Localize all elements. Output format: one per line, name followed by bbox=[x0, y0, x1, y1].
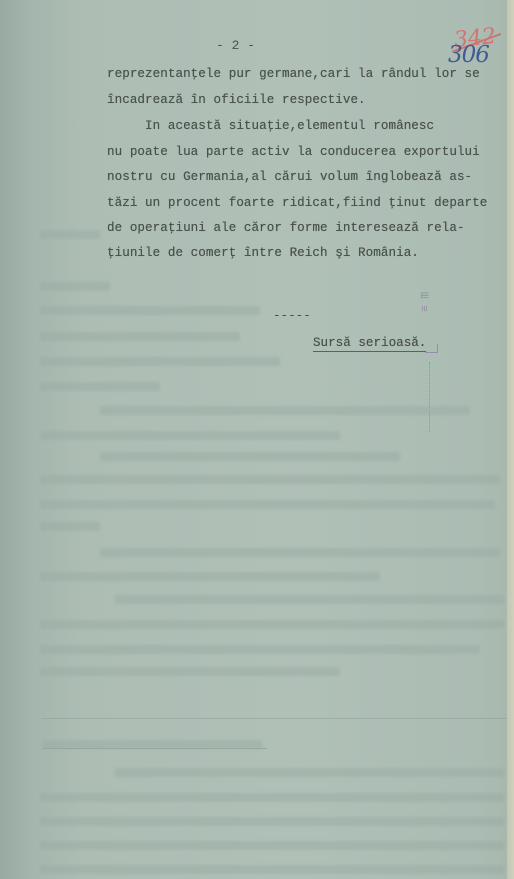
text-line-5: nostru cu Germania,al cărui volum înglob… bbox=[107, 170, 472, 184]
handwritten-blue-folio-number: 306 bbox=[448, 42, 489, 68]
text-line-6: tăzi un procent foarte ridicat,fiind ţin… bbox=[107, 196, 487, 210]
text-line-2: încadrează în oficiile respective. bbox=[107, 93, 366, 107]
page-number: - 2 - bbox=[216, 38, 255, 53]
text-line-8: ţiunile de comerţ între Reich şi România… bbox=[107, 246, 419, 260]
document-page: - 2 - 342 306 reprezentanţele pur german… bbox=[0, 0, 507, 879]
text-line-3: In această situaţie,elementul românesc bbox=[107, 119, 434, 133]
source-note: Sursă serioasă. bbox=[313, 336, 426, 352]
text-line-7: de operaţiuni ale căror forme intereseaz… bbox=[107, 221, 465, 235]
page-edge bbox=[507, 0, 514, 879]
separator-dashes: ----- bbox=[273, 309, 311, 323]
text-line-1: reprezentanţele pur germane,cari la rând… bbox=[107, 67, 480, 81]
text-line-4: nu poate lua parte activ la conducerea e… bbox=[107, 145, 480, 159]
